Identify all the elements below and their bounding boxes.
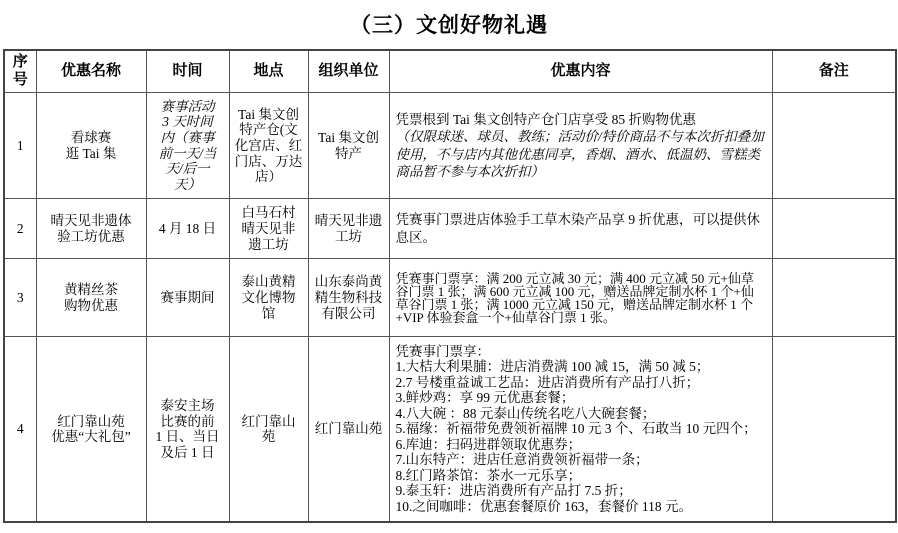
cell-name: 黄精丝茶 购物优惠 (36, 259, 146, 337)
cell-content: 凭赛事门票进店体验手工草木染产品享 9 折优惠，可以提供休息区。 (389, 199, 772, 259)
header-row: 序号 优惠名称 时间 地点 组织单位 优惠内容 备注 (4, 50, 896, 93)
header-content: 优惠内容 (389, 50, 772, 93)
header-name: 优惠名称 (36, 50, 146, 93)
cell-no: 1 (4, 93, 36, 199)
content-main: 凭赛事门票进店体验手工草木染产品享 9 折优惠，可以提供休息区。 (396, 212, 761, 245)
header-time: 时间 (146, 50, 229, 93)
cell-time: 赛事活动 3 天时间 内（赛事 前一天/当 天/后一 天） (146, 93, 229, 199)
cell-no: 2 (4, 199, 36, 259)
cell-time: 4 月 18 日 (146, 199, 229, 259)
table-row: 4 红门靠山苑 优惠“大礼包” 泰安主场 比赛的前 1 日、当日 及后 1 日 … (4, 337, 896, 523)
cell-org: 山东泰尚黄 精生物科技 有限公司 (308, 259, 389, 337)
cell-name: 晴天见非遗体 验工坊优惠 (36, 199, 146, 259)
header-place: 地点 (229, 50, 308, 93)
offers-table: 序号 优惠名称 时间 地点 组织单位 优惠内容 备注 1 看球赛 逛 Tai 集… (3, 49, 897, 523)
cell-time: 泰安主场 比赛的前 1 日、当日 及后 1 日 (146, 337, 229, 523)
cell-org: Tai 集文创 特产 (308, 93, 389, 199)
header-org: 组织单位 (308, 50, 389, 93)
table-row: 1 看球赛 逛 Tai 集 赛事活动 3 天时间 内（赛事 前一天/当 天/后一… (4, 93, 896, 199)
cell-content: 凭赛事门票享：满 200 元立减 30 元；满 400 元立减 50 元+仙草谷… (389, 259, 772, 337)
cell-org: 红门靠山苑 (308, 337, 389, 523)
cell-remark (772, 259, 896, 337)
header-remark: 备注 (772, 50, 896, 93)
cell-remark (772, 93, 896, 199)
content-main: 凭票根到 Tai 集文创特产仓门店享受 85 折购物优惠 (396, 112, 697, 127)
cell-name: 看球赛 逛 Tai 集 (36, 93, 146, 199)
content-note: （仅限球迷、球员、教练；活动价/特价商品不与本次折扣叠加使用，不与店内其他优惠同… (396, 128, 766, 181)
content-main: 凭赛事门票享： 1.大桔大利果脯：进店消费满 100 减 15，满 50 减 5… (396, 344, 757, 514)
table-row: 3 黄精丝茶 购物优惠 赛事期间 泰山黄精 文化博物 馆 山东泰尚黄 精生物科技… (4, 259, 896, 337)
cell-place: 白马石村 晴天见非 遗工坊 (229, 199, 308, 259)
cell-place: 红门靠山 苑 (229, 337, 308, 523)
cell-place: 泰山黄精 文化博物 馆 (229, 259, 308, 337)
cell-remark (772, 199, 896, 259)
cell-content: 凭票根到 Tai 集文创特产仓门店享受 85 折购物优惠（仅限球迷、球员、教练；… (389, 93, 772, 199)
page-title: （三）文创好物礼遇 (0, 0, 898, 49)
content-main: 凭赛事门票享：满 200 元立减 30 元；满 400 元立减 50 元+仙草谷… (396, 271, 754, 325)
cell-place: Tai 集文创 特产仓(文 化宫店、红 门店、万达 店） (229, 93, 308, 199)
cell-no: 3 (4, 259, 36, 337)
table-row: 2 晴天见非遗体 验工坊优惠 4 月 18 日 白马石村 晴天见非 遗工坊 晴天… (4, 199, 896, 259)
header-no: 序号 (4, 50, 36, 93)
cell-remark (772, 337, 896, 523)
cell-content: 凭赛事门票享： 1.大桔大利果脯：进店消费满 100 减 15，满 50 减 5… (389, 337, 772, 523)
cell-time: 赛事期间 (146, 259, 229, 337)
cell-org: 晴天见非遗 工坊 (308, 199, 389, 259)
cell-name: 红门靠山苑 优惠“大礼包” (36, 337, 146, 523)
cell-no: 4 (4, 337, 36, 523)
